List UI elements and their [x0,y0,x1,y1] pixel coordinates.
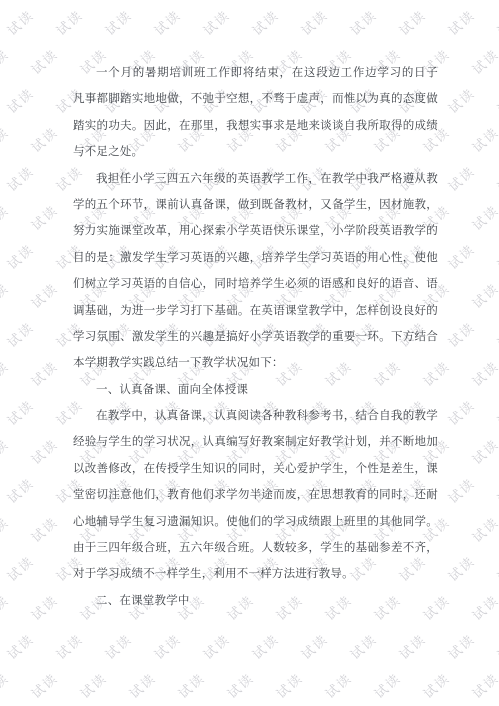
text-line: 以改善修改，在传授学生知识的同时，关心爱护学生，个性是差生，课 [73,456,438,482]
trial-watermark: 试读 [418,668,453,702]
trial-watermark: 试读 [26,122,61,156]
trial-watermark: 试读 [467,434,499,468]
trial-watermark: 试读 [492,161,499,195]
trial-watermark: 试读 [369,668,404,702]
trial-watermark: 试读 [26,200,61,234]
text-line: 目的是：激发学生学习英语的兴趣，培养学生学习英语的用心性，使他 [73,245,438,271]
trial-watermark: 试读 [467,122,499,156]
trial-watermark: 试读 [26,278,61,312]
trial-watermark: 试读 [467,200,499,234]
trial-watermark: 试读 [443,83,478,117]
text-line: 们树立学习英语的自信心，同时培养学生必须的语感和良好的语音、语 [73,271,438,297]
trial-watermark: 试读 [443,161,478,195]
text-line: 踏实的功夫。因此，在那里，我想实事求是地来谈谈自我所取得的成绩 [73,113,438,139]
trial-watermark: 试读 [51,629,86,663]
trial-watermark: 试读 [320,668,355,702]
section-heading: 一、认真备课、面向全体授课 [73,377,438,403]
trial-watermark: 试读 [394,5,429,39]
trial-watermark: 试读 [26,590,61,624]
trial-watermark: 试读 [467,278,499,312]
text-line: 凡事都脚踏实地地做，不弛于空想，不骛于虚声，而惟以为真的态度做 [73,86,438,112]
trial-watermark: 试读 [271,668,306,702]
text-line: 本学期教学实践总结一下教学状况如下： [73,350,438,376]
trial-watermark: 试读 [2,83,37,117]
text-line: 学的五个环节，课前认真备课，做到既备教材，又备学生，因材施教， [73,192,438,218]
trial-watermark: 试读 [0,590,13,624]
trial-watermark: 试读 [443,551,478,585]
text-line: 与不足之处。 [73,139,438,165]
document-content: 一个月的暑期培训班工作即将结束，在这段边工作边学习的日子里，我凡事都脚踏实地地做… [73,60,438,614]
trial-watermark: 试读 [149,5,184,39]
trial-watermark: 试读 [247,629,282,663]
trial-watermark: 试读 [0,44,13,78]
trial-watermark: 试读 [51,5,86,39]
trial-watermark: 试读 [0,356,13,390]
trial-watermark: 试读 [0,278,13,312]
trial-watermark: 试读 [0,122,13,156]
trial-watermark: 试读 [198,629,233,663]
trial-watermark: 试读 [467,668,499,702]
trial-watermark: 试读 [443,5,478,39]
trial-watermark: 试读 [149,629,184,663]
trial-watermark: 试读 [0,200,13,234]
document-page: 试读试读试读试读试读试读试读试读试读试读试读试读试读试读试读试读试读试读试读试读… [0,0,499,706]
text-line: 由于三四年级合班，五六年级合班。人数较多，学生的基础参差不齐， [73,535,438,561]
trial-watermark: 试读 [467,44,499,78]
text-line: 心地辅导学生复习遗漏知识。使他们的学习成绩跟上班里的其他同学。 [73,509,438,535]
trial-watermark: 试读 [2,473,37,507]
trial-watermark: 试读 [26,44,61,78]
trial-watermark: 试读 [492,395,499,429]
text-line: 经验与学生的学习状况，认真编写好教案制定好教学计划，并不断地加 [73,429,438,455]
trial-watermark: 试读 [443,239,478,273]
trial-watermark: 试读 [2,5,37,39]
trial-watermark: 试读 [100,629,135,663]
trial-watermark: 试读 [26,356,61,390]
trial-watermark: 试读 [296,5,331,39]
text-line: 我担任小学三四五六年级的英语教学工作，在教学中我严格遵从教 [73,166,438,192]
trial-watermark: 试读 [26,512,61,546]
trial-watermark: 试读 [2,551,37,585]
trial-watermark: 试读 [2,239,37,273]
trial-watermark: 试读 [492,239,499,273]
trial-watermark: 试读 [467,590,499,624]
trial-watermark: 试读 [0,434,13,468]
text-line: 调基础，为进一步学习打下基础。在英语课堂教学中，怎样创设良好的 [73,298,438,324]
trial-watermark: 试读 [296,629,331,663]
trial-watermark: 试读 [443,629,478,663]
trial-watermark: 试读 [222,668,257,702]
trial-watermark: 试读 [443,473,478,507]
trial-watermark: 试读 [124,668,159,702]
trial-watermark: 试读 [75,668,110,702]
trial-watermark: 试读 [492,551,499,585]
text-line: 一个月的暑期培训班工作即将结束，在这段边工作边学习的日子里，我 [73,60,438,86]
trial-watermark: 试读 [2,317,37,351]
trial-watermark: 试读 [100,5,135,39]
trial-watermark: 试读 [492,83,499,117]
text-line: 努力实施课堂改革，用心探索小学英语快乐课堂，小学阶段英语教学的 [73,218,438,244]
trial-watermark: 试读 [443,317,478,351]
trial-watermark: 试读 [492,317,499,351]
trial-watermark: 试读 [2,395,37,429]
trial-watermark: 试读 [2,161,37,195]
trial-watermark: 试读 [492,629,499,663]
trial-watermark: 试读 [492,473,499,507]
trial-watermark: 试读 [443,395,478,429]
text-line: 堂密切注意他们，教育他们求学勿半途而废，在思想教育的同时，还耐 [73,482,438,508]
text-line: 学习氛围、激发学生的兴趣是搞好小学英语教学的重要一环。下方结合 [73,324,438,350]
trial-watermark: 试读 [0,668,13,702]
trial-watermark: 试读 [173,668,208,702]
trial-watermark: 试读 [345,629,380,663]
trial-watermark: 试读 [26,434,61,468]
trial-watermark: 试读 [247,5,282,39]
trial-watermark: 试读 [345,5,380,39]
section-heading: 二、在课堂教学中 [73,588,438,614]
trial-watermark: 试读 [0,512,13,546]
trial-watermark: 试读 [2,629,37,663]
text-line: 在教学中，认真备课，认真阅读各种教科参考书，结合自我的教学 [73,403,438,429]
trial-watermark: 试读 [198,5,233,39]
trial-watermark: 试读 [492,5,499,39]
trial-watermark: 试读 [467,356,499,390]
trial-watermark: 试读 [26,668,61,702]
trial-watermark: 试读 [394,629,429,663]
trial-watermark: 试读 [467,512,499,546]
text-line: 对于学习成绩不一样学生，利用不一样方法进行教导。 [73,561,438,587]
